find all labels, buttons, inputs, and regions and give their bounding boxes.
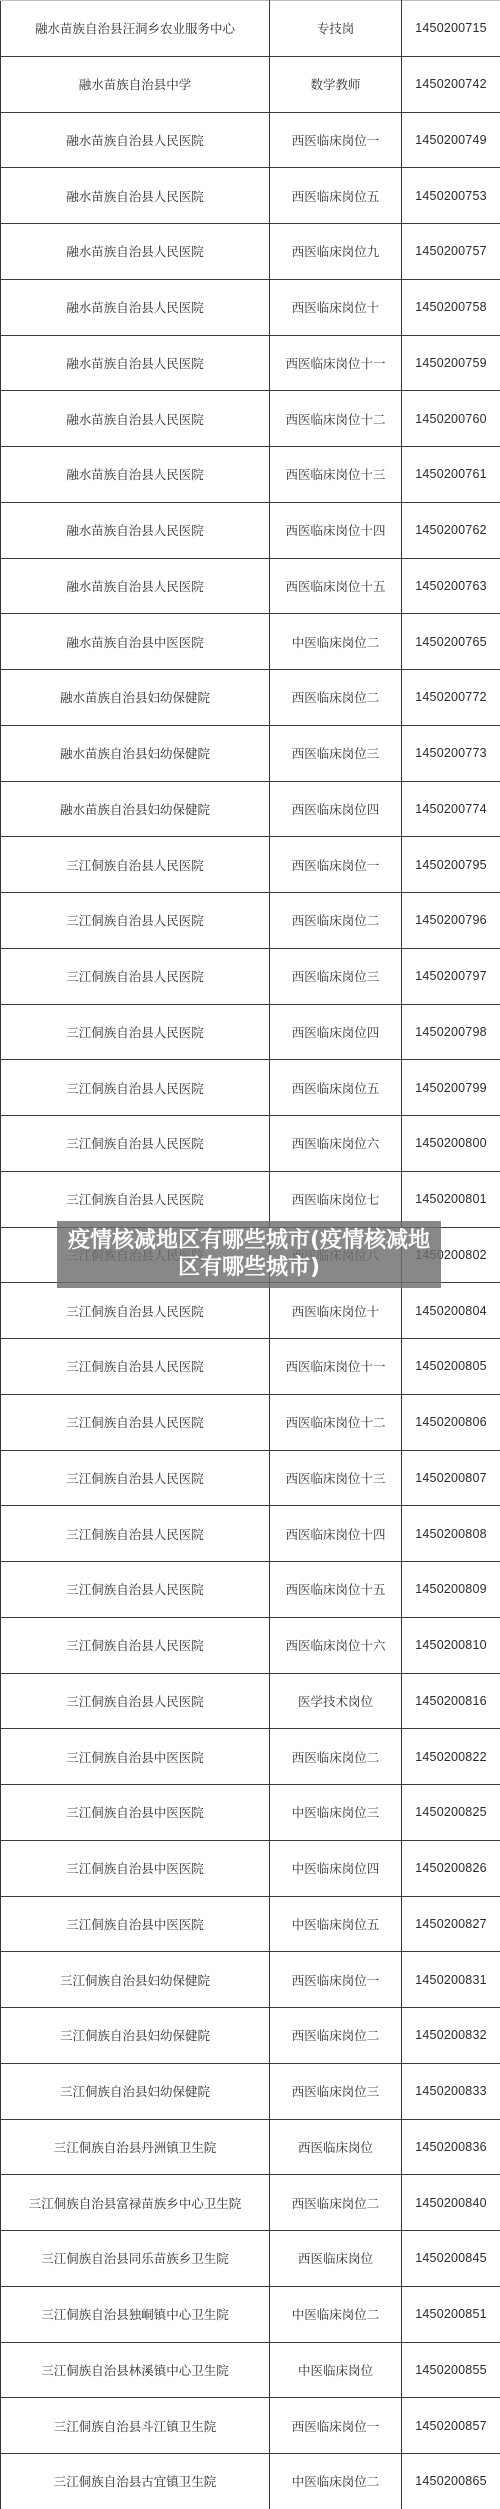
table-row: 三江侗族自治县人民医院西医临床岗位十三1450200807 — [1, 1450, 500, 1506]
unit-cell: 融水苗族自治县人民医院 — [1, 168, 270, 224]
unit-cell: 三江侗族自治县人民医院 — [1, 948, 270, 1004]
unit-cell: 融水苗族自治县汪洞乡农业服务中心 — [1, 1, 270, 57]
table-row: 融水苗族自治县人民医院西医临床岗位十五1450200763 — [1, 558, 500, 614]
position-cell: 中医临床岗位 — [270, 2342, 402, 2398]
unit-cell: 融水苗族自治县中医医院 — [1, 614, 270, 670]
table-row: 三江侗族自治县人民医院西医临床岗位五1450200799 — [1, 1060, 500, 1116]
unit-cell: 三江侗族自治县斗江镇卫生院 — [1, 2398, 270, 2454]
unit-cell: 三江侗族自治县中医医院 — [1, 1729, 270, 1785]
position-cell: 西医临床岗位二 — [270, 2175, 402, 2231]
position-cell: 中医临床岗位二 — [270, 2286, 402, 2342]
table-row: 三江侗族自治县人民医院西医临床岗位十四1450200808 — [1, 1506, 500, 1562]
unit-cell: 融水苗族自治县人民医院 — [1, 335, 270, 391]
unit-cell: 三江侗族自治县妇幼保健院 — [1, 2008, 270, 2064]
unit-cell: 三江侗族自治县人民医院 — [1, 1450, 270, 1506]
table-row: 三江侗族自治县富禄苗族乡中心卫生院西医临床岗位二1450200840 — [1, 2175, 500, 2231]
title-overlay-banner: 疫情核减地区有哪些城市(疫情核减地区有哪些城市) — [57, 1221, 441, 1288]
unit-cell: 三江侗族自治县人民医院 — [1, 1171, 270, 1227]
code-cell: 1450200800 — [402, 1116, 500, 1172]
code-cell: 1450200806 — [402, 1394, 500, 1450]
code-cell: 1450200758 — [402, 279, 500, 335]
table-row: 三江侗族自治县中医医院中医临床岗位四1450200826 — [1, 1840, 500, 1896]
position-cell: 西医临床岗位十四 — [270, 502, 402, 558]
unit-cell: 三江侗族自治县妇幼保健院 — [1, 1952, 270, 2008]
position-cell: 西医临床岗位二 — [270, 1729, 402, 1785]
unit-cell: 融水苗族自治县人民医院 — [1, 224, 270, 280]
position-cell: 西医临床岗位七 — [270, 1171, 402, 1227]
code-cell: 1450200810 — [402, 1617, 500, 1673]
table-row: 融水苗族自治县中医医院中医临床岗位二1450200765 — [1, 614, 500, 670]
position-cell: 西医临床岗位二 — [270, 2008, 402, 2064]
position-cell: 西医临床岗位十四 — [270, 1506, 402, 1562]
table-row: 三江侗族自治县中医医院西医临床岗位二1450200822 — [1, 1729, 500, 1785]
table-row: 三江侗族自治县人民医院西医临床岗位十1450200804 — [1, 1283, 500, 1339]
table-row: 融水苗族自治县汪洞乡农业服务中心专技岗1450200715 — [1, 1, 500, 57]
position-cell: 西医临床岗位十三 — [270, 447, 402, 503]
table-row: 三江侗族自治县人民医院西医临床岗位六1450200800 — [1, 1116, 500, 1172]
position-cell: 西医临床岗位四 — [270, 781, 402, 837]
position-cell: 专技岗 — [270, 1, 402, 57]
code-cell: 1450200804 — [402, 1283, 500, 1339]
position-cell: 中医临床岗位三 — [270, 1785, 402, 1841]
table-row: 三江侗族自治县同乐苗族乡卫生院西医临床岗位1450200845 — [1, 2231, 500, 2287]
unit-cell: 三江侗族自治县人民医院 — [1, 1004, 270, 1060]
position-cell: 西医临床岗位五 — [270, 1060, 402, 1116]
position-cell: 西医临床岗位六 — [270, 1116, 402, 1172]
unit-cell: 三江侗族自治县人民医院 — [1, 837, 270, 893]
code-cell: 1450200816 — [402, 1673, 500, 1729]
position-cell: 西医临床岗位二 — [270, 893, 402, 949]
table-row: 三江侗族自治县斗江镇卫生院西医临床岗位一1450200857 — [1, 2398, 500, 2454]
code-cell: 1450200805 — [402, 1339, 500, 1395]
code-cell: 1450200795 — [402, 837, 500, 893]
code-cell: 1450200851 — [402, 2286, 500, 2342]
code-cell: 1450200774 — [402, 781, 500, 837]
unit-cell: 三江侗族自治县人民医院 — [1, 1617, 270, 1673]
table-row: 融水苗族自治县人民医院西医临床岗位一1450200749 — [1, 112, 500, 168]
code-cell: 1450200753 — [402, 168, 500, 224]
position-cell: 西医临床岗位 — [270, 2119, 402, 2175]
position-cell: 西医临床岗位十二 — [270, 391, 402, 447]
unit-cell: 三江侗族自治县人民医院 — [1, 1060, 270, 1116]
table-row: 三江侗族自治县人民医院西医临床岗位十六1450200810 — [1, 1617, 500, 1673]
table-row: 融水苗族自治县人民医院西医临床岗位十二1450200760 — [1, 391, 500, 447]
code-cell: 1450200826 — [402, 1840, 500, 1896]
code-cell: 1450200807 — [402, 1450, 500, 1506]
table-row: 融水苗族自治县人民医院西医临床岗位五1450200753 — [1, 168, 500, 224]
position-cell: 西医临床岗位三 — [270, 2063, 402, 2119]
code-cell: 1450200760 — [402, 391, 500, 447]
table-row: 三江侗族自治县丹洲镇卫生院西医临床岗位1450200836 — [1, 2119, 500, 2175]
table-row: 三江侗族自治县妇幼保健院西医临床岗位一1450200831 — [1, 1952, 500, 2008]
table-row: 融水苗族自治县中学数学教师1450200742 — [1, 56, 500, 112]
unit-cell: 融水苗族自治县人民医院 — [1, 558, 270, 614]
unit-cell: 三江侗族自治县人民医院 — [1, 1562, 270, 1618]
table-row: 三江侗族自治县独峒镇中心卫生院中医临床岗位二1450200851 — [1, 2286, 500, 2342]
table-row: 融水苗族自治县人民医院西医临床岗位十一1450200759 — [1, 335, 500, 391]
code-cell: 1450200832 — [402, 2008, 500, 2064]
position-cell: 西医临床岗位十五 — [270, 1562, 402, 1618]
unit-cell: 融水苗族自治县人民医院 — [1, 447, 270, 503]
table-row: 融水苗族自治县人民医院西医临床岗位十四1450200762 — [1, 502, 500, 558]
position-cell: 西医临床岗位三 — [270, 725, 402, 781]
code-cell: 1450200759 — [402, 335, 500, 391]
code-cell: 1450200762 — [402, 502, 500, 558]
position-cell: 西医临床岗位二 — [270, 670, 402, 726]
unit-cell: 融水苗族自治县妇幼保健院 — [1, 670, 270, 726]
code-cell: 1450200773 — [402, 725, 500, 781]
table-row: 三江侗族自治县人民医院西医临床岗位一1450200795 — [1, 837, 500, 893]
table-row: 三江侗族自治县林溪镇中心卫生院中医临床岗位1450200855 — [1, 2342, 500, 2398]
code-cell: 1450200836 — [402, 2119, 500, 2175]
position-cell: 西医临床岗位十一 — [270, 1339, 402, 1395]
unit-cell: 三江侗族自治县人民医院 — [1, 1339, 270, 1395]
table-row: 三江侗族自治县妇幼保健院西医临床岗位三1450200833 — [1, 2063, 500, 2119]
unit-cell: 融水苗族自治县人民医院 — [1, 502, 270, 558]
unit-cell: 融水苗族自治县中学 — [1, 56, 270, 112]
unit-cell: 三江侗族自治县人民医院 — [1, 1394, 270, 1450]
table-row: 三江侗族自治县人民医院西医临床岗位十二1450200806 — [1, 1394, 500, 1450]
code-cell: 1450200798 — [402, 1004, 500, 1060]
code-cell: 1450200833 — [402, 2063, 500, 2119]
code-cell: 1450200715 — [402, 1, 500, 57]
position-cell: 西医临床岗位十 — [270, 279, 402, 335]
position-cell: 西医临床岗位十 — [270, 1283, 402, 1339]
code-cell: 1450200808 — [402, 1506, 500, 1562]
overlay-title: 疫情核减地区有哪些城市(疫情核减地区有哪些城市) — [68, 1228, 430, 1280]
position-cell: 西医临床岗位十二 — [270, 1394, 402, 1450]
position-cell: 西医临床岗位九 — [270, 224, 402, 280]
table-row: 三江侗族自治县人民医院西医临床岗位十一1450200805 — [1, 1339, 500, 1395]
unit-cell: 融水苗族自治县人民医院 — [1, 112, 270, 168]
code-cell: 1450200797 — [402, 948, 500, 1004]
unit-cell: 三江侗族自治县人民医院 — [1, 1673, 270, 1729]
position-cell: 中医临床岗位五 — [270, 1896, 402, 1952]
position-cell: 西医临床岗位 — [270, 2231, 402, 2287]
table-row: 融水苗族自治县妇幼保健院西医临床岗位二1450200772 — [1, 670, 500, 726]
unit-cell: 三江侗族自治县中医医院 — [1, 1896, 270, 1952]
position-cell: 西医临床岗位一 — [270, 1952, 402, 2008]
position-cell: 西医临床岗位一 — [270, 837, 402, 893]
unit-cell: 三江侗族自治县林溪镇中心卫生院 — [1, 2342, 270, 2398]
code-cell: 1450200840 — [402, 2175, 500, 2231]
position-cell: 中医临床岗位二 — [270, 614, 402, 670]
position-cell: 中医临床岗位二 — [270, 2454, 402, 2509]
position-cell: 西医临床岗位一 — [270, 2398, 402, 2454]
table-row: 三江侗族自治县人民医院西医临床岗位七1450200801 — [1, 1171, 500, 1227]
code-cell: 1450200857 — [402, 2398, 500, 2454]
code-cell: 1450200827 — [402, 1896, 500, 1952]
code-cell: 1450200749 — [402, 112, 500, 168]
unit-cell: 三江侗族自治县人民医院 — [1, 1506, 270, 1562]
table-row: 三江侗族自治县妇幼保健院西医临床岗位二1450200832 — [1, 2008, 500, 2064]
position-cell: 数学教师 — [270, 56, 402, 112]
table-row: 三江侗族自治县古宜镇卫生院中医临床岗位二1450200865 — [1, 2454, 500, 2509]
unit-cell: 融水苗族自治县人民医院 — [1, 279, 270, 335]
code-cell: 1450200831 — [402, 1952, 500, 2008]
code-cell: 1450200855 — [402, 2342, 500, 2398]
unit-cell: 三江侗族自治县丹洲镇卫生院 — [1, 2119, 270, 2175]
unit-cell: 三江侗族自治县中医医院 — [1, 1785, 270, 1841]
unit-cell: 三江侗族自治县古宜镇卫生院 — [1, 2454, 270, 2509]
table-row: 融水苗族自治县人民医院西医临床岗位十三1450200761 — [1, 447, 500, 503]
code-cell: 1450200865 — [402, 2454, 500, 2509]
unit-cell: 三江侗族自治县人民医院 — [1, 1116, 270, 1172]
unit-cell: 三江侗族自治县人民医院 — [1, 893, 270, 949]
unit-cell: 融水苗族自治县人民医院 — [1, 391, 270, 447]
unit-cell: 三江侗族自治县同乐苗族乡卫生院 — [1, 2231, 270, 2287]
table-row: 融水苗族自治县妇幼保健院西医临床岗位三1450200773 — [1, 725, 500, 781]
position-cell: 西医临床岗位四 — [270, 1004, 402, 1060]
table-row: 三江侗族自治县人民医院医学技术岗位1450200816 — [1, 1673, 500, 1729]
position-cell: 西医临床岗位十五 — [270, 558, 402, 614]
table-row: 三江侗族自治县人民医院西医临床岗位十五1450200809 — [1, 1562, 500, 1618]
code-cell: 1450200825 — [402, 1785, 500, 1841]
code-cell: 1450200809 — [402, 1562, 500, 1618]
code-cell: 1450200799 — [402, 1060, 500, 1116]
code-cell: 1450200763 — [402, 558, 500, 614]
position-cell: 西医临床岗位一 — [270, 112, 402, 168]
position-cell: 西医临床岗位五 — [270, 168, 402, 224]
code-cell: 1450200845 — [402, 2231, 500, 2287]
code-cell: 1450200761 — [402, 447, 500, 503]
position-cell: 西医临床岗位十六 — [270, 1617, 402, 1673]
code-cell: 1450200742 — [402, 56, 500, 112]
position-cell: 西医临床岗位十三 — [270, 1450, 402, 1506]
unit-cell: 融水苗族自治县妇幼保健院 — [1, 781, 270, 837]
table-row: 三江侗族自治县中医医院中医临床岗位三1450200825 — [1, 1785, 500, 1841]
table-row: 三江侗族自治县人民医院西医临床岗位三1450200797 — [1, 948, 500, 1004]
position-cell: 医学技术岗位 — [270, 1673, 402, 1729]
table-row: 融水苗族自治县人民医院西医临床岗位九1450200757 — [1, 224, 500, 280]
code-cell: 1450200765 — [402, 614, 500, 670]
table-row: 三江侗族自治县人民医院西医临床岗位二1450200796 — [1, 893, 500, 949]
position-cell: 中医临床岗位四 — [270, 1840, 402, 1896]
table-row: 融水苗族自治县妇幼保健院西医临床岗位四1450200774 — [1, 781, 500, 837]
unit-cell: 三江侗族自治县独峒镇中心卫生院 — [1, 2286, 270, 2342]
unit-cell: 三江侗族自治县富禄苗族乡中心卫生院 — [1, 2175, 270, 2231]
code-cell: 1450200757 — [402, 224, 500, 280]
code-cell: 1450200801 — [402, 1171, 500, 1227]
position-cell: 西医临床岗位十一 — [270, 335, 402, 391]
unit-cell: 三江侗族自治县人民医院 — [1, 1283, 270, 1339]
code-cell: 1450200796 — [402, 893, 500, 949]
position-cell: 西医临床岗位三 — [270, 948, 402, 1004]
code-cell: 1450200822 — [402, 1729, 500, 1785]
table-row: 三江侗族自治县人民医院西医临床岗位四1450200798 — [1, 1004, 500, 1060]
table-row: 三江侗族自治县中医医院中医临床岗位五1450200827 — [1, 1896, 500, 1952]
unit-cell: 三江侗族自治县中医医院 — [1, 1840, 270, 1896]
unit-cell: 融水苗族自治县妇幼保健院 — [1, 725, 270, 781]
table-row: 融水苗族自治县人民医院西医临床岗位十1450200758 — [1, 279, 500, 335]
unit-cell: 三江侗族自治县妇幼保健院 — [1, 2063, 270, 2119]
code-cell: 1450200772 — [402, 670, 500, 726]
